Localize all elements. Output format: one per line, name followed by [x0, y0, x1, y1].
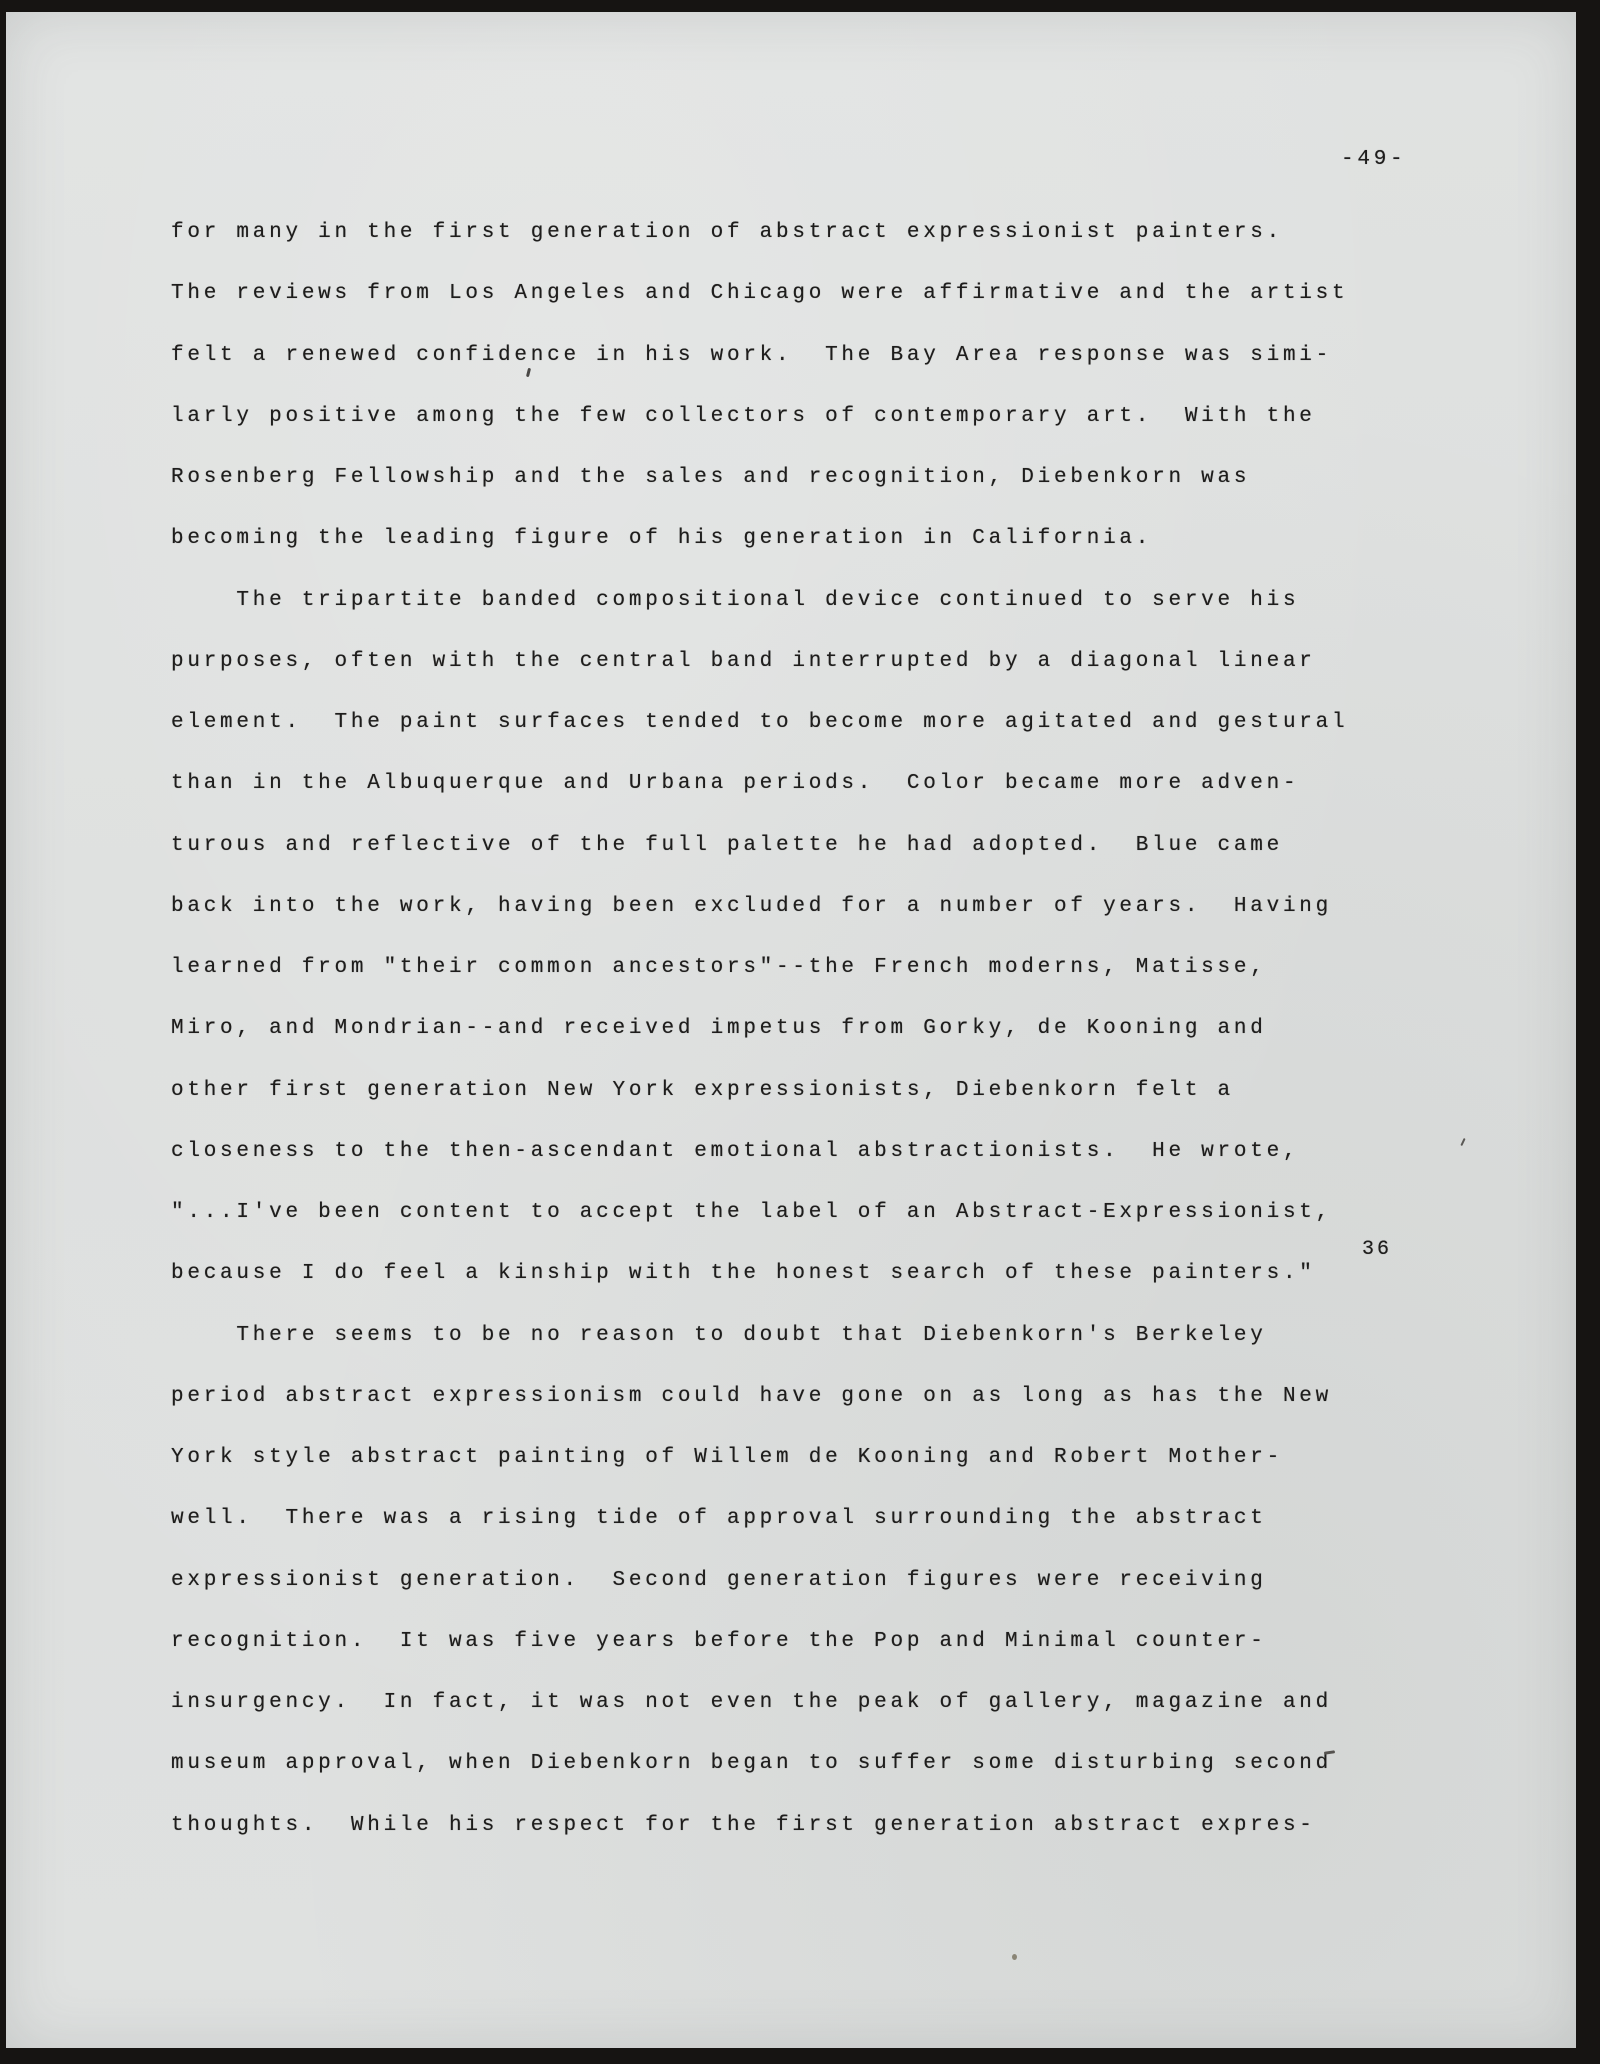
text-line: Rosenberg Fellowship and the sales and r…: [171, 447, 1348, 508]
text-line: York style abstract painting of Willem d…: [171, 1427, 1348, 1488]
text-line: for many in the first generation of abst…: [171, 202, 1348, 263]
text-line: larly positive among the few collectors …: [171, 386, 1348, 447]
text-line: purposes, often with the central band in…: [171, 631, 1348, 692]
text-line: back into the work, having been excluded…: [171, 876, 1348, 937]
scanned-page: -49- for many in the first generation of…: [0, 0, 1600, 2064]
footnote-marker: 36: [1362, 1238, 1392, 1262]
text-line: element. The paint surfaces tended to be…: [171, 692, 1348, 753]
text-line: expressionist generation. Second generat…: [171, 1550, 1348, 1611]
paper: -49- for many in the first generation of…: [6, 12, 1576, 2048]
page-number: -49-: [1341, 148, 1406, 172]
text-line: becoming the leading figure of his gener…: [171, 508, 1348, 569]
text-line: felt a renewed confidence in his work. T…: [171, 325, 1348, 386]
text-line: well. There was a rising tide of approva…: [171, 1488, 1348, 1549]
text-line: turous and reflective of the full palett…: [171, 815, 1348, 876]
text-line: recognition. It was five years before th…: [171, 1611, 1348, 1672]
scan-speck: [1012, 1954, 1017, 1960]
text-line: Miro, and Mondrian--and received impetus…: [171, 998, 1348, 1059]
text-line: period abstract expressionism could have…: [171, 1366, 1348, 1427]
text-line: than in the Albuquerque and Urbana perio…: [171, 753, 1348, 814]
text-line: because I do feel a kinship with the hon…: [171, 1243, 1348, 1304]
text-line: There seems to be no reason to doubt tha…: [171, 1305, 1348, 1366]
scan-speck: [1460, 1138, 1465, 1146]
body-text: for many in the first generation of abst…: [171, 202, 1348, 1856]
text-line: The reviews from Los Angeles and Chicago…: [171, 263, 1348, 324]
text-line: thoughts. While his respect for the firs…: [171, 1795, 1348, 1856]
text-line: "...I've been content to accept the labe…: [171, 1182, 1348, 1243]
text-line: other first generation New York expressi…: [171, 1060, 1348, 1121]
text-line: insurgency. In fact, it was not even the…: [171, 1672, 1348, 1733]
text-line: learned from "their common ancestors"--t…: [171, 937, 1348, 998]
text-line: museum approval, when Diebenkorn began t…: [171, 1733, 1348, 1794]
text-line: closeness to the then-ascendant emotiona…: [171, 1121, 1348, 1182]
text-line: The tripartite banded compositional devi…: [171, 570, 1348, 631]
